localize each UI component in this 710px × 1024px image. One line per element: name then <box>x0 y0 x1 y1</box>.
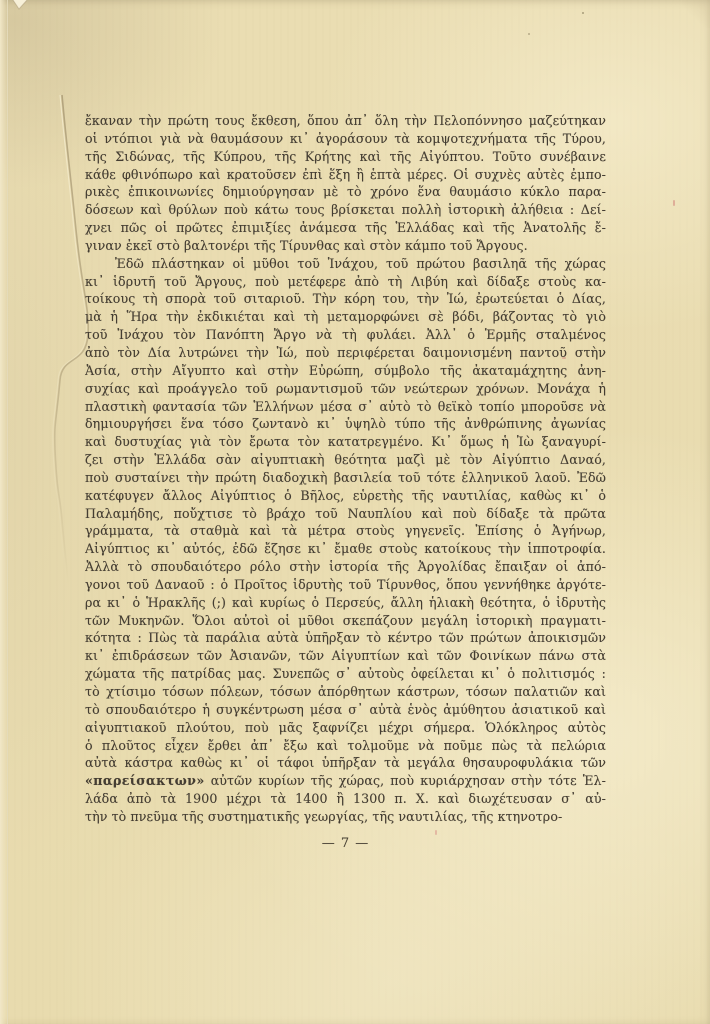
text-line: χνει πῶς οἱ πρῶτες ἐπιμιξίες ἀνάμεσα τῆς… <box>85 219 606 237</box>
text-line: τὸ χτίσιμο τόσων πόλεων, τόσων ἀπόρθητων… <box>85 683 606 701</box>
text-line: κότητα : Πὼς τὰ παράλια αὐτὰ ὑπῆρξαν τὸ … <box>85 629 606 647</box>
text-line: χώματα τῆς πατρίδας μας. Συνεπῶς σ᾽ αὐτο… <box>85 665 606 683</box>
text-line: καὶ δυστυχίας γιὰ τὸν ἔρωτα τὸν κατατρεγ… <box>85 433 606 451</box>
text-line: κι᾽ ἱδρυτῆ τοῦ Ἄργους, ποὺ μετέφερε ἀπὸ … <box>85 273 606 291</box>
text-line: Παλαμήδης, ποὔχτισε τὸ βράχο τοῦ Ναυπλίο… <box>85 505 606 523</box>
text-line: τῶν Μυκηνῶν. Ὅλοι αὐτοὶ οἱ μῦθοι σκεπάζο… <box>85 612 606 630</box>
text-line: Ἐδῶ πλάστηκαν οἱ μῦθοι τοῦ Ἰνάχου, τοῦ π… <box>85 255 606 273</box>
text-line: τὴν τὸ πνεῦμα τῆς συστηματικῆς γεωργίας,… <box>85 808 606 826</box>
paper-speck <box>673 200 675 206</box>
paper-left-edge <box>0 0 8 1024</box>
text-line: τοῦ Ἰνάχου τὸν Πανόπτη Ἄργο νὰ τὴ φυλάει… <box>85 326 606 344</box>
text-line: λάδα ἀπὸ τὰ 1900 μέχρι τὰ 1400 ἢ 1300 π.… <box>85 790 606 808</box>
text-line: κάθε φθινόπωρο καὶ κρατοῦσεν ἐπὶ ἕξη ἢ ἑ… <box>85 166 606 184</box>
text-line: ἔκαναν τὴν πρώτη τους ἔκθεση, ὅπου ἀπ᾽ ὅ… <box>85 112 606 130</box>
text-line: δόσεων καὶ θρύλων ποὺ κάτω τους βρίσκετα… <box>85 201 606 219</box>
paper-corner-shade <box>682 0 710 28</box>
text-line: κι᾽ ἐπιδράσεων τῶν Ἀσιανῶν, τῶν Αἰγυπτίω… <box>85 647 606 665</box>
paper-speck <box>582 12 584 14</box>
paragraph: ἔκαναν τὴν πρώτη τους ἔκθεση, ὅπου ἀπ᾽ ὅ… <box>85 112 606 255</box>
paper-tear-notch <box>10 0 40 12</box>
text-line: τὸ σπουδαιότερο ἡ συγκέντρωση μέσα σ᾽ αὐ… <box>85 701 606 719</box>
text-line: ὁ πλοῦτος εἶχεν ἔρθει ἀπ᾽ ἔξω καὶ τολμοῦ… <box>85 737 606 755</box>
text-line: «παρείσακτων» αὐτῶν κυρίων τῆς χώρας, πο… <box>85 772 606 790</box>
text-line: γονοι τοῦ Δαναοῦ : ὁ Προῖτος ἱδρυτὴς τοῦ… <box>85 576 606 594</box>
paper-speck <box>528 33 530 35</box>
text-line: αὐτὰ κάστρα καθὼς κι᾽ οἱ τάφοι ὑπῆρξαν τ… <box>85 754 606 772</box>
text-line: ρικὲς ἐπικοινωνίες δημιούργησαν μὲ τὸ χρ… <box>85 183 606 201</box>
scanned-book-page: ἔκαναν τὴν πρώτη τους ἔκθεση, ὅπου ἀπ᾽ ὅ… <box>0 0 710 1024</box>
bold-phrase: «παρείσακτων» <box>85 773 205 788</box>
text-line: ρα κι᾽ ὁ Ἡρακλῆς (;) καὶ κυρίως ὁ Περσεύ… <box>85 594 606 612</box>
text-line: Ἀλλὰ τὸ σπουδαιότερο ρόλο στὴν ἱστορία τ… <box>85 558 606 576</box>
text-line: κατέφυγεν ἄλλος Αἰγύπτιος ὁ Βῆλος, εὑρετ… <box>85 487 606 505</box>
body-text: ἔκαναν τὴν πρώτη τους ἔκθεση, ὅπου ἀπ᾽ ὅ… <box>85 112 606 826</box>
text-line: τῆς Σιδώνας, τῆς Κύπρου, τῆς Κρήτης καὶ … <box>85 148 606 166</box>
text-line: γιναν ἐκεῖ στὸ βαλτονέρι τῆς Τίρυνθας κα… <box>85 237 606 255</box>
text-line: πλαστικὴ φαντασία τῶν Ἑλλήνων μέσα σ᾽ αὐ… <box>85 398 606 416</box>
paragraph: Ἐδῶ πλάστηκαν οἱ μῦθοι τοῦ Ἰνάχου, τοῦ π… <box>85 255 606 826</box>
text-line: δημιουργήσει ἕνα τόσο ζωντανὸ κι᾽ ὑψηλὸ … <box>85 415 606 433</box>
text-line: ποὺ συσταίνει τὴν πρώτη διαδοχικὴ βασιλε… <box>85 469 606 487</box>
text-line: τοίκους τὴ σπορὰ τοῦ σιταριοῦ. Τὴν κόρη … <box>85 290 606 308</box>
text-line: Ἀσία, στὴν Αἴγυπτο καὶ στὴν Εὐρώπη, σύμβ… <box>85 362 606 380</box>
text-line: μὰ ἡ Ἥρα τὴν ἐκδικιέται καὶ τὴ μεταμορφώ… <box>85 308 606 326</box>
text-line: αἰγυπτιακοῦ πλούτου, ποὺ μᾶς ξαφνίζει μέ… <box>85 719 606 737</box>
text-line: ἀπὸ τὸν Δία λυτρώνει τὴν Ἰώ, ποὺ περιφέρ… <box>85 344 606 362</box>
text-line: οἱ ντόπιοι γιὰ νὰ θαυμάσουν κι᾽ ἀγοράσου… <box>85 130 606 148</box>
text-line: συχίας καὶ προάγγελο τοῦ ρωμαντισμοῦ τῶν… <box>85 380 606 398</box>
page-number: — 7 — <box>85 836 606 852</box>
paper-speck <box>435 830 437 835</box>
text-line: ζει στὴν Ἑλλάδα σὰν αἰγυπτιακὴ θεότητα μ… <box>85 451 606 469</box>
text-line: Αἰγύπτιος κι᾽ αὐτός, ἐδῶ ἔζησε κι᾽ ἔμαθε… <box>85 540 606 558</box>
text-line: γράμματα, τὰ σταθμὰ καὶ τὰ μέτρα στοὺς γ… <box>85 522 606 540</box>
